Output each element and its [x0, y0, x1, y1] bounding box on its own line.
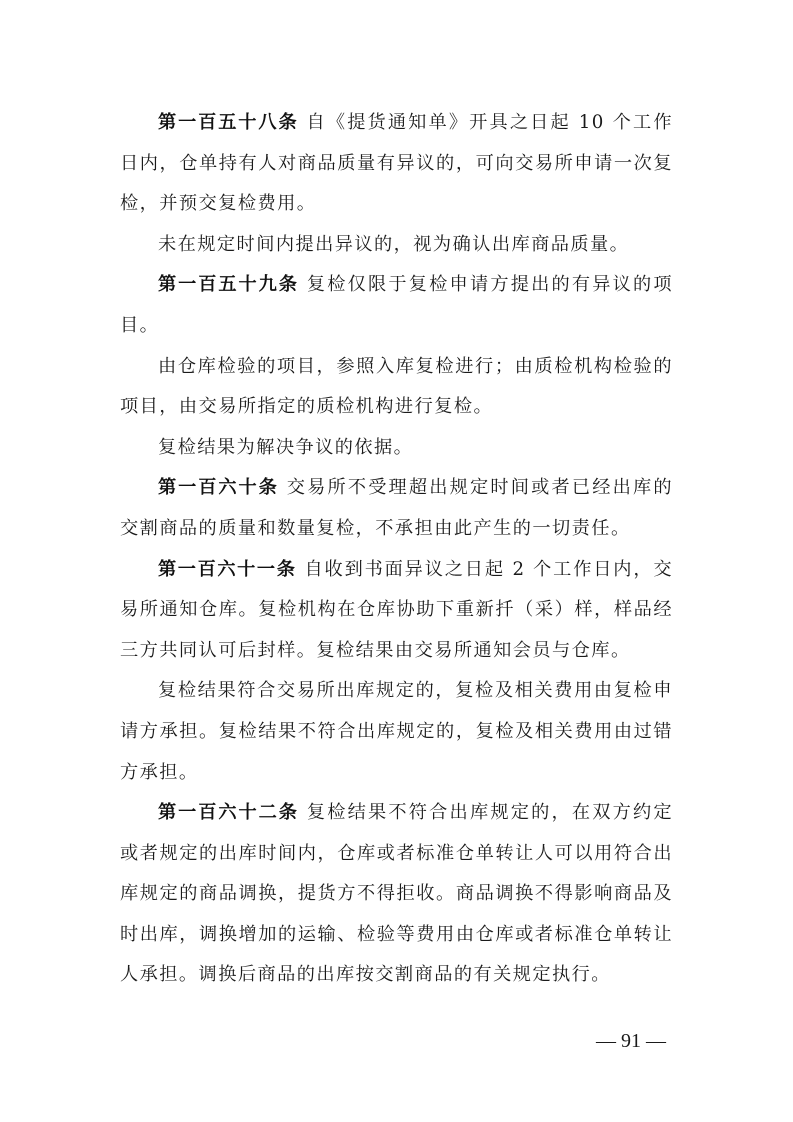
paragraph-article-161: 第一百六十一条自收到书面异议之日起 2 个工作日内，交易所通知仓库。复检机构在仓…: [120, 550, 673, 672]
paragraph-text: 复检结果不符合出库规定的，在双方约定或者规定的出库时间内，仓库或者标准仓单转让人…: [120, 802, 673, 985]
article-number: 第一百六十一条: [158, 559, 297, 580]
paragraph: 复检结果符合交易所出库规定的，复检及相关费用由复检申请方承担。复检结果不符合出库…: [120, 671, 673, 793]
paragraph-text: 未在规定时间内提出异议的，视为确认出库商品质量。: [158, 234, 629, 255]
article-number: 第一百六十二条: [158, 802, 299, 823]
paragraph: 由仓库检验的项目，参照入库复检进行；由质检机构检验的项目，由交易所指定的质检机构…: [120, 347, 673, 428]
paragraph-article-159: 第一百五十九条复检仅限于复检申请方提出的有异议的项目。: [120, 265, 673, 346]
paragraph-text: 由仓库检验的项目，参照入库复检进行；由质检机构检验的项目，由交易所指定的质检机构…: [120, 356, 673, 418]
page-number: — 91 —: [596, 1030, 666, 1053]
paragraph-article-158: 第一百五十八条自《提货通知单》开具之日起 10 个工作日内，仓单持有人对商品质量…: [120, 103, 673, 225]
paragraph-text: 复检结果为解决争议的依据。: [158, 437, 413, 458]
paragraph-article-160: 第一百六十条交易所不受理超出规定时间或者已经出库的交割商品的质量和数量复检，不承…: [120, 468, 673, 549]
paragraph: 复检结果为解决争议的依据。: [120, 428, 673, 469]
article-number: 第一百五十八条: [158, 112, 299, 133]
article-number: 第一百五十九条: [158, 274, 299, 295]
article-number: 第一百六十条: [158, 477, 279, 498]
paragraph: 未在规定时间内提出异议的，视为确认出库商品质量。: [120, 225, 673, 266]
paragraph-text: 复检结果符合交易所出库规定的，复检及相关费用由复检申请方承担。复检结果不符合出库…: [120, 680, 673, 782]
document-body: 第一百五十八条自《提货通知单》开具之日起 10 个工作日内，仓单持有人对商品质量…: [120, 103, 673, 996]
paragraph-article-162: 第一百六十二条复检结果不符合出库规定的，在双方约定或者规定的出库时间内，仓库或者…: [120, 793, 673, 996]
